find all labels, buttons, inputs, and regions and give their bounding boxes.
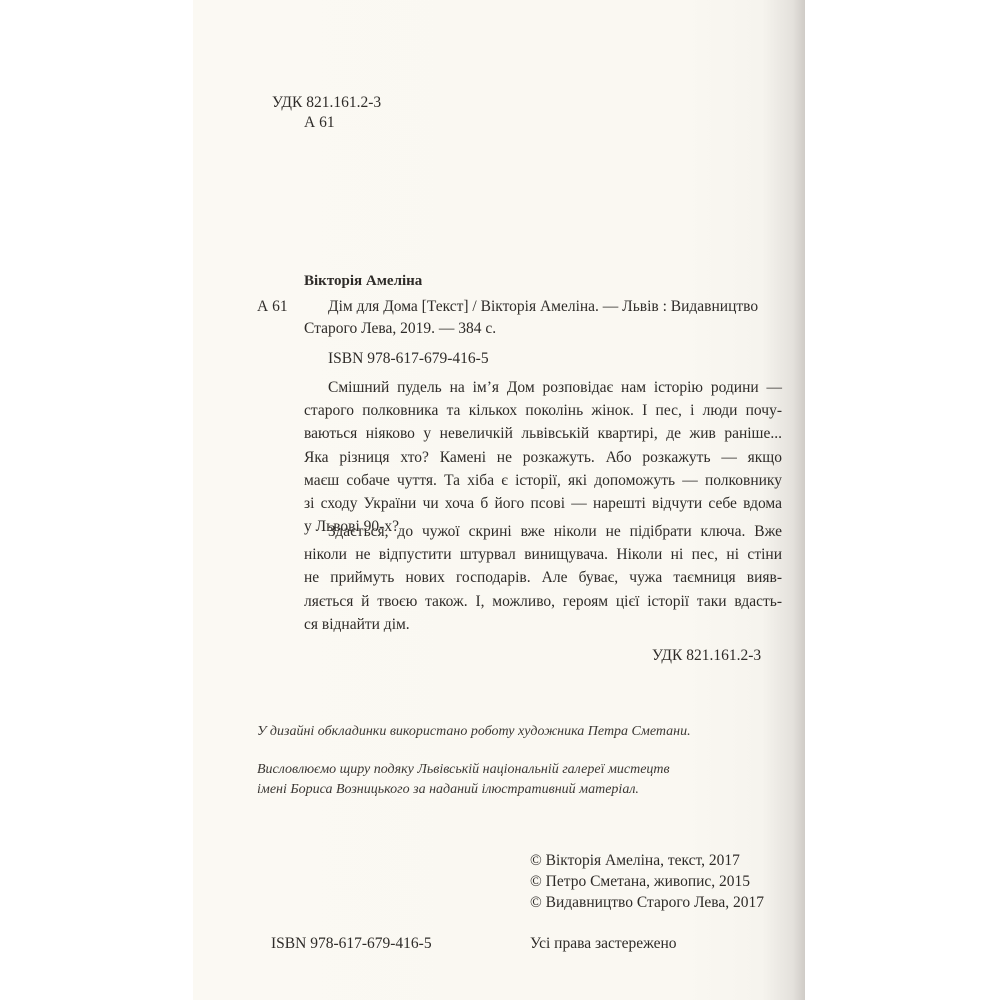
cover-design-credit: У дизайні обкладинки використано роботу …	[257, 722, 691, 742]
record-isbn: ISBN 978-617-679-416-5	[328, 349, 489, 369]
annotation-line: ніколи не відпустити штурвал винищувача.…	[304, 543, 782, 566]
annotation-line: Яка різниця хто? Камені не розкажуть. Аб…	[304, 446, 782, 469]
annotation-line: ся віднайти дім.	[304, 613, 782, 636]
annotation-line: маєш собаче чуття. Та хіба є історії, як…	[304, 469, 782, 492]
record-side-sign: А 61	[257, 297, 288, 317]
copyright-line: © Вікторія Амеліна, текст, 2017	[530, 851, 740, 871]
udk-code: УДК 821.161.2-3	[272, 93, 381, 113]
annotation-line: зі сходу України чи хоча б його псові — …	[304, 492, 782, 515]
copyright-line: © Петро Сметана, живопис, 2015	[530, 872, 750, 892]
annotation-udk: УДК 821.161.2-3	[652, 646, 761, 666]
rights-reserved: Усі права застережено	[530, 934, 677, 954]
annotation-paragraph-1: Смішний пудель на ім’я Дом розповідає на…	[304, 376, 782, 538]
author-sign: А 61	[304, 113, 335, 133]
annotation-line: старого полковника та кількох поколінь ж…	[304, 399, 782, 422]
annotation-paragraph-2: Здається, до чужої скрині вже ніколи не …	[304, 520, 782, 636]
thanks-line-2: імені Бориса Возницького за наданий ілюс…	[257, 780, 639, 800]
annotation-line: ваються ніяково у невеличкій львівській …	[304, 422, 782, 445]
record-author: Вікторія Амеліна	[304, 271, 422, 291]
annotation-line: ляється й твоєю також. І, можливо, героя…	[304, 590, 782, 613]
record-description-line-1: Дім для Дома [Текст] / Вікторія Амеліна.…	[328, 297, 758, 317]
record-description-line-2: Старого Лева, 2019. — 384 с.	[304, 319, 496, 339]
annotation-line: Смішний пудель на ім’я Дом розповідає на…	[304, 376, 782, 399]
annotation-line: Здається, до чужої скрині вже ніколи не …	[304, 520, 782, 543]
copyright-line: © Видавництво Старого Лева, 2017	[530, 893, 764, 913]
thanks-line-1: Висловлюємо щиру подяку Львівській націо…	[257, 760, 670, 780]
footer-isbn: ISBN 978-617-679-416-5	[271, 934, 432, 954]
annotation-line: не приймуть нових господарів. Але буває,…	[304, 566, 782, 589]
